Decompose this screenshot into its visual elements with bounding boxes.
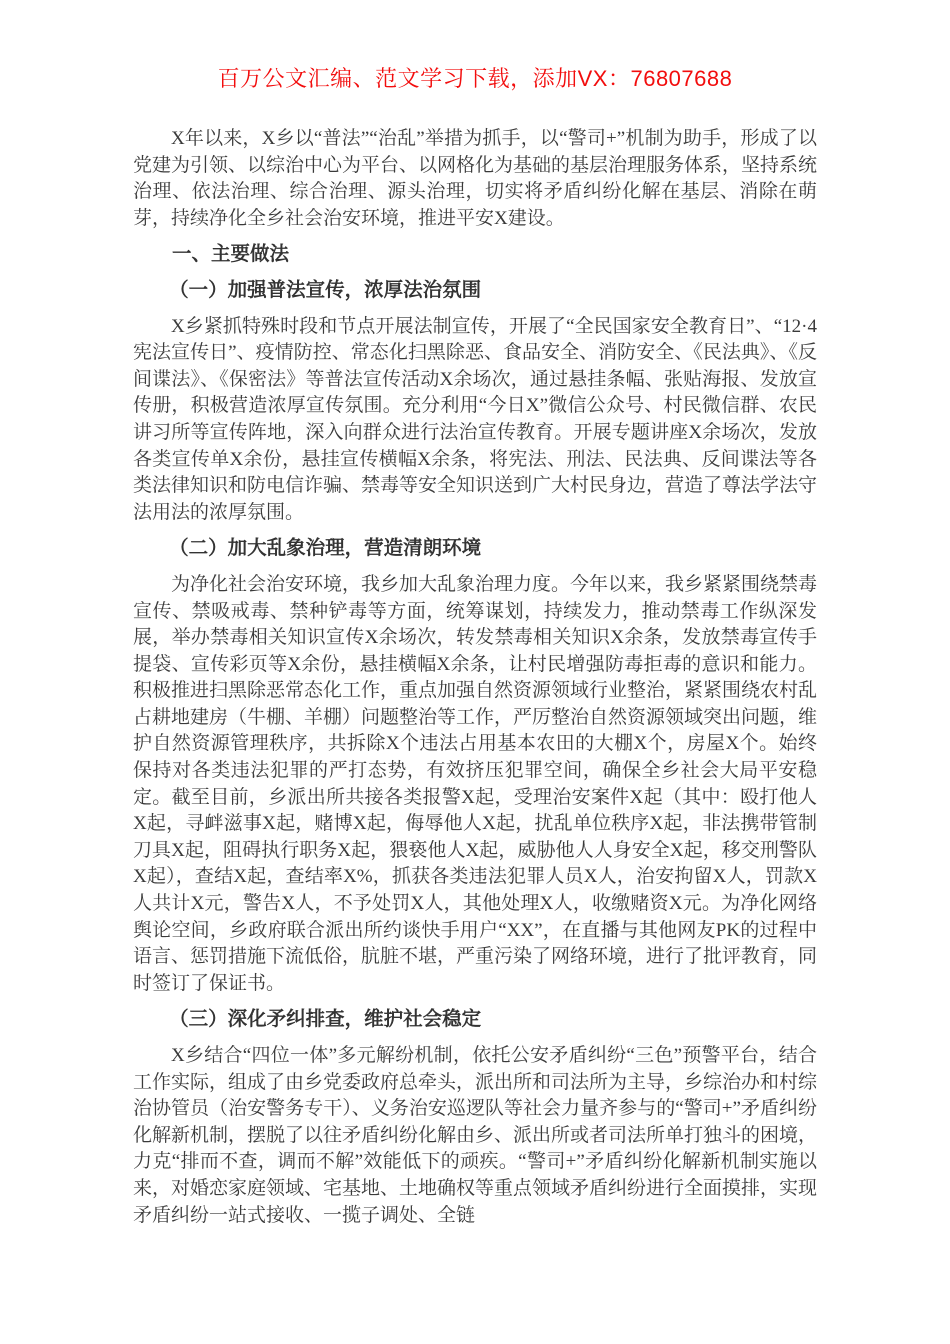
document-page: 百万公文汇编、范文学习下载，添加VX：76807688 X年以来，X乡以“普法”…: [0, 0, 950, 1344]
heading-chaos-control: （二）加大乱象治理，营造清朗环境: [133, 535, 817, 562]
paragraph-intro: X年以来，X乡以“普法”“治乱”举措为抓手，以“警司+”机制为助手，形成了以党建…: [133, 126, 817, 232]
paragraph-chaos-control: 为净化社会治安环境，我乡加大乱象治理力度。今年以来，我乡紧紧围绕禁毒宣传、禁吸戒…: [133, 572, 817, 998]
heading-dispute-resolution: （三）深化矛纠排查，维护社会稳定: [133, 1006, 817, 1033]
heading-legal-publicity: （一）加强普法宣传，浓厚法治氛围: [133, 277, 817, 304]
paragraph-legal-publicity: X乡紧抓特殊时段和节点开展法制宣传，开展了“全民国家安全教育日”、“12·4宪法…: [133, 314, 817, 527]
heading-main-practices: 一、主要做法: [133, 241, 817, 268]
promo-notice: 百万公文汇编、范文学习下载，添加VX：76807688: [0, 0, 950, 92]
document-body: X年以来，X乡以“普法”“治乱”举措为抓手，以“警司+”机制为助手，形成了以党建…: [133, 126, 817, 1229]
paragraph-dispute-resolution: X乡结合“四位一体”多元解纷机制，依托公安矛盾纠纷“三色”预警平台，结合工作实际…: [133, 1043, 817, 1229]
